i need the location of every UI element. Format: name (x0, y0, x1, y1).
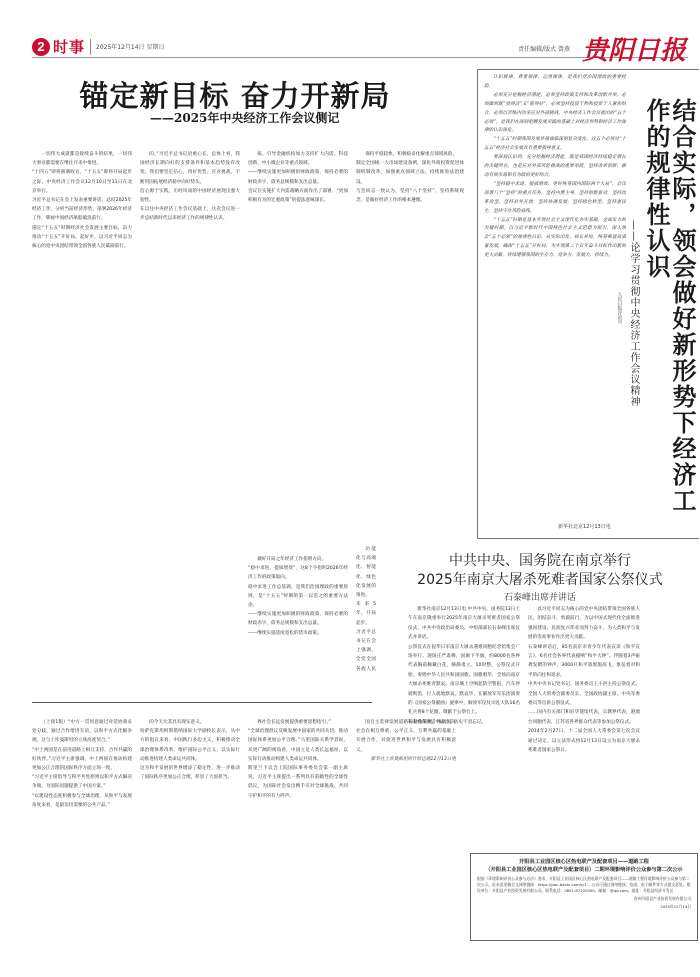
notice-signature: 贵州开阳县产业投资发展有限公司 (477, 896, 691, 902)
public-notice-ad: 开阳县工业园区核心区热电联产及配套项目——道路工程 （开阳县工业园区核心区热电联… (470, 853, 698, 941)
lower-story-column-1: （上接1版）“中方一贯同意通过对话协商妥处分歧，通过合作增进友谊，以和平方式化解… (32, 718, 132, 933)
commentary-body: 认识规律、尊重规律、运用规律，是我们党治国理政的重要经验。 必须充分挖掘经济潜能… (484, 74, 626, 529)
masthead-divider (90, 39, 91, 55)
news-headline-line-1: 中共中央、国务院在南京举行 (385, 552, 695, 571)
commentary-box: 认识规律、尊重规律、运用规律，是我们党治国理政的重要经验。 必须充分挖掘经济潜能… (477, 69, 699, 539)
commentary-title: 结合实际，领会做好新形势下经济工作的规律性认识 (643, 98, 695, 538)
lower-story-column-4: 国自主选择发展道路和社会制度，推动国际社会在相互尊重、公平正义、互利共赢的基础上… (356, 718, 456, 918)
notice-body: 根据《环境影响评价公众参与办法》要求，开阳县工业园区核心区热电联产及配套项目——… (477, 876, 691, 894)
page-number-badge: 2 (32, 38, 50, 56)
news-column-2: 以习近平同志为核心的党中央团结带领全国各族人民，团结奋斗、勇毅前行，为以中国式现… (528, 605, 640, 850)
main-story-column-2: 的。”习近平总书记语重心长，总体上看，我国经济长期向好的支撑条件和基本趋势没有改… (140, 150, 240, 690)
commentary-dateline: 新华社北京12月13日电 (558, 523, 611, 530)
news-headline: 中共中央、国务院在南京举行 2025年南京大屠杀死难者国家公祭仪式 (385, 552, 695, 590)
commentary-source: 人民日报评论员 (616, 292, 622, 324)
main-story-column-5: 做好开局之年经济工作指明方向。 “稳中求进、提质增效”，这8个字指明2026年经… (248, 555, 348, 690)
main-story-column-1: 一切伟大成就都是接续奋斗的结果，一切伟大事业都需要在继往开来中推进。 “十四五”… (32, 150, 132, 690)
main-story-column-3: 质、引导金融机构加力支持扩大内需、科技创新、中小微企业等重点领域。 ——继续实施… (248, 150, 348, 550)
newspaper-logo: 贵阳日报 (582, 30, 686, 67)
page-masthead: 2 时事 2025年12月14日 星期日 责任编辑/版式 曾燕 贵阳日报 (32, 36, 688, 58)
notice-title: 开阳县工业园区核心区热电联产及配套项目——道路工程 （开阳县工业园区核心区热电联… (477, 858, 691, 874)
notice-title-line-1: 开阳县工业园区核心区热电联产及配套项目——道路工程 (477, 858, 691, 866)
news-headline-line-2: 2025年南京大屠杀死难者国家公祭仪式 (385, 571, 695, 590)
section-name: 时事 (53, 36, 85, 57)
main-subheadline: ——2025年中央经济工作会议侧记 (150, 109, 339, 126)
main-story-column-4: 保持平稳较快，积极稳妥化解重点领域风险。 制定全国统一大市场建设条例，深化外商投… (356, 150, 464, 540)
notice-title-line-2: （开阳县工业园区核心区热电联产及配套项目）二期环境影响评价公众参与第二次公示 (477, 866, 691, 874)
lower-story-column-2: 的今天尤其具有现实意义。 哈萨克斯坦阿斯塔纳国际大学副校长表示，从中方的倡议来看… (140, 718, 240, 933)
commentary-subtitle: ——论学习贯彻中央经济工作会议精神 (626, 220, 641, 407)
lower-story-column-3: 界社会长远发展提供重要思想指引。” “全球治理倡议反映发展中国家的共同关切，推动… (248, 718, 348, 933)
notice-date: 2025年12月14日 (477, 904, 691, 910)
news-byline: 石泰峰出席并讲话 (385, 590, 695, 603)
issue-date: 2025年12月14日 星期日 (96, 42, 164, 51)
section-divider-rule (32, 702, 372, 703)
lower-story-dateline: 新华社土库曼斯坦阿什哈巴德12月13日电 (356, 755, 456, 764)
main-story-column-6: 功能化与高端化、智能化、绿色化发展的推进。 未来5年，开局起步。 习近平总书记在… (356, 545, 376, 675)
editor-credit: 责任编辑/版式 曾燕 (518, 44, 570, 53)
